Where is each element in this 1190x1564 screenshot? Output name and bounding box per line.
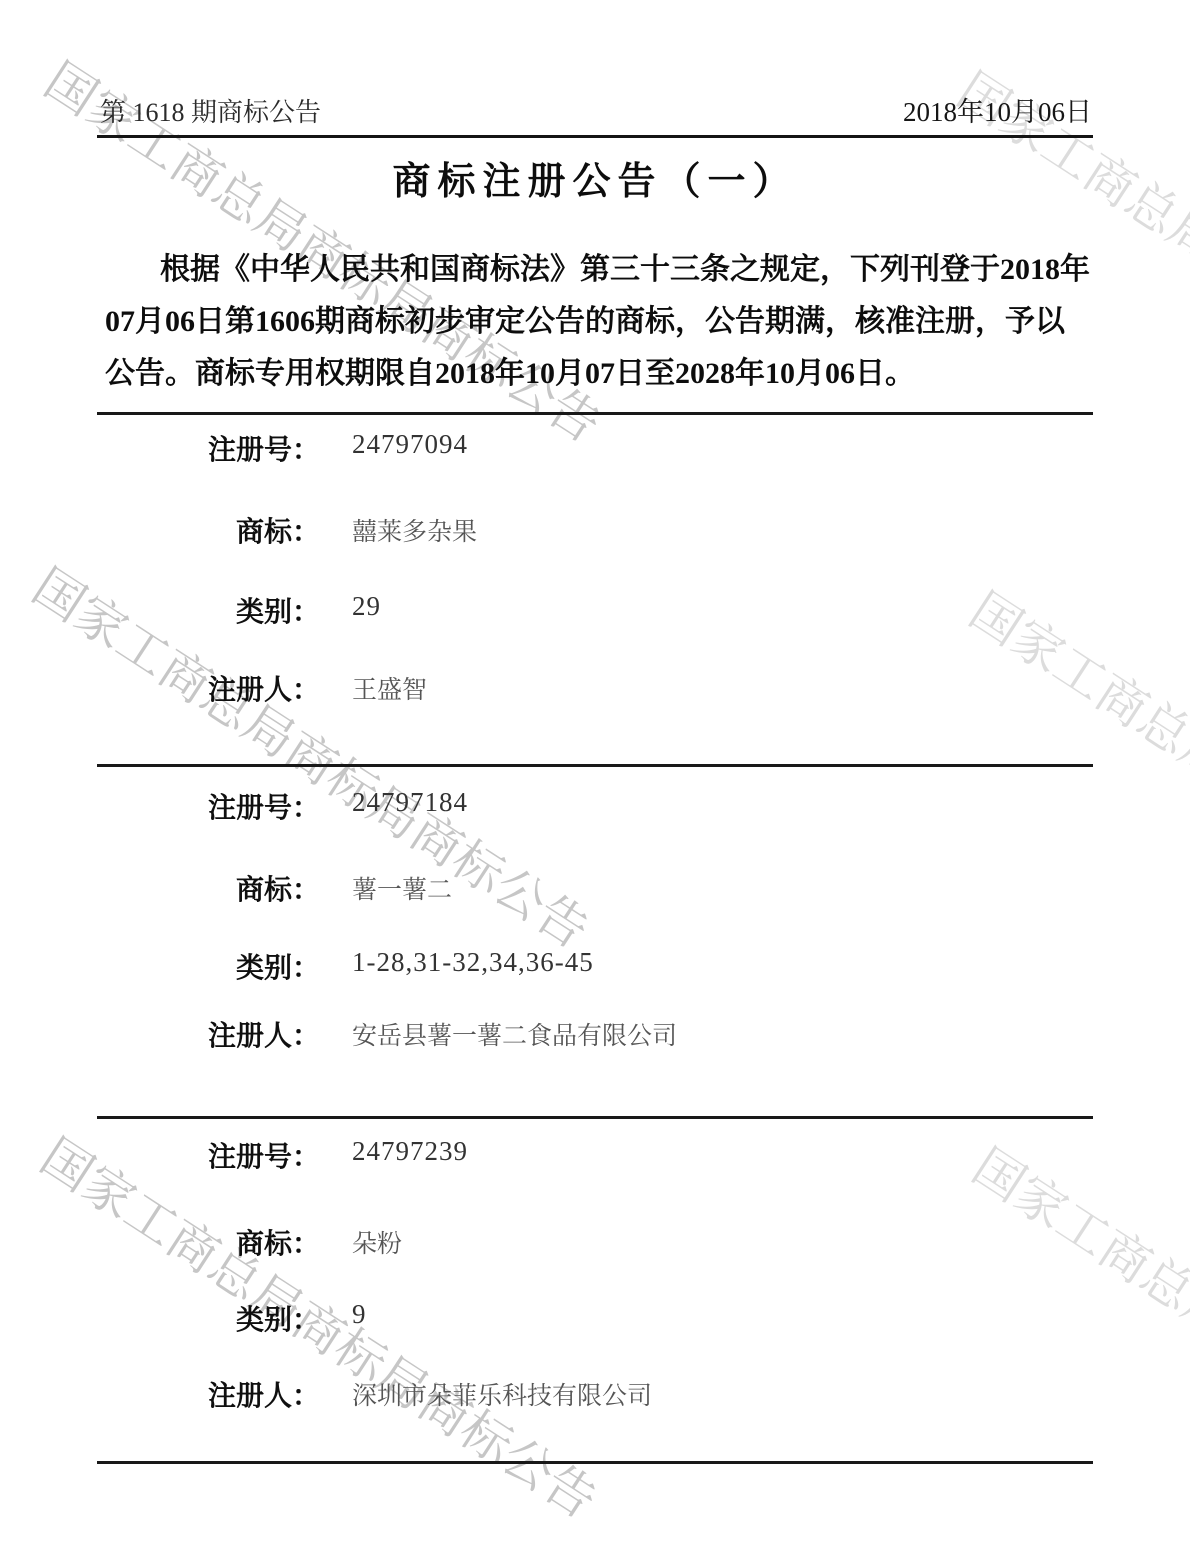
field-value-registrant: 深圳市朵菲乐科技有限公司 — [352, 1376, 652, 1412]
section-divider — [97, 1116, 1093, 1119]
field-label-category: 类别： — [150, 590, 320, 630]
header-issue-number: 第 1618 期商标公告 — [100, 92, 321, 129]
field-label-reg-no: 注册号： — [150, 786, 320, 826]
watermark-text: 国家工商总局商标局商标公告 — [961, 1128, 1190, 1542]
field-label-trademark: 商标： — [150, 868, 320, 908]
field-value-category: 29 — [352, 591, 381, 622]
section-divider — [97, 412, 1093, 415]
field-value-registrant: 王盛智 — [352, 670, 427, 706]
field-value-reg-no: 24797094 — [352, 429, 468, 460]
header-date: 2018年10月06日 — [903, 90, 1092, 129]
field-label-registrant: 注册人： — [150, 1374, 320, 1414]
section-divider — [97, 764, 1093, 767]
field-label-registrant: 注册人： — [150, 1014, 320, 1054]
field-label-trademark: 商标： — [150, 510, 320, 550]
intro-line-1: 根据《中华人民共和国商标法》第三十三条之规定，下列刊登于2018年 — [160, 244, 1090, 288]
field-value-category: 1-28,31-32,34,36-45 — [352, 947, 594, 978]
field-value-reg-no: 24797239 — [352, 1136, 468, 1167]
field-label-category: 类别： — [150, 1298, 320, 1338]
intro-line-2: 07月06日第1606期商标初步审定公告的商标，公告期满，核准注册，予以 — [105, 296, 1065, 340]
watermark-text: 国家工商总局商标局商标公告 — [958, 572, 1190, 986]
field-value-trademark: 薯一薯二 — [352, 870, 452, 906]
field-label-registrant: 注册人： — [150, 668, 320, 708]
field-label-reg-no: 注册号： — [150, 428, 320, 468]
field-value-trademark: 囍莱多杂果 — [352, 512, 477, 548]
gazette-page: 国家工商总局商标局商标公告 国家工商总局商标局商标公告 国家工商总局商标局商标公… — [0, 0, 1190, 1564]
field-value-category: 9 — [352, 1299, 367, 1330]
field-value-reg-no: 24797184 — [352, 787, 468, 818]
field-label-trademark: 商标： — [150, 1222, 320, 1262]
watermark-text: 国家工商总局商标局商标公告 — [29, 1118, 613, 1532]
header-rule — [97, 135, 1093, 138]
field-value-registrant: 安岳县薯一薯二食品有限公司 — [352, 1016, 677, 1052]
page-title: 商标注册公告（一） — [0, 150, 1190, 205]
field-label-reg-no: 注册号： — [150, 1135, 320, 1175]
bottom-divider — [97, 1461, 1093, 1464]
field-value-trademark: 朵粉 — [352, 1224, 402, 1260]
intro-line-3: 公告。商标专用权期限自2018年10月07日至2028年10月06日。 — [105, 348, 915, 392]
field-label-category: 类别： — [150, 946, 320, 986]
